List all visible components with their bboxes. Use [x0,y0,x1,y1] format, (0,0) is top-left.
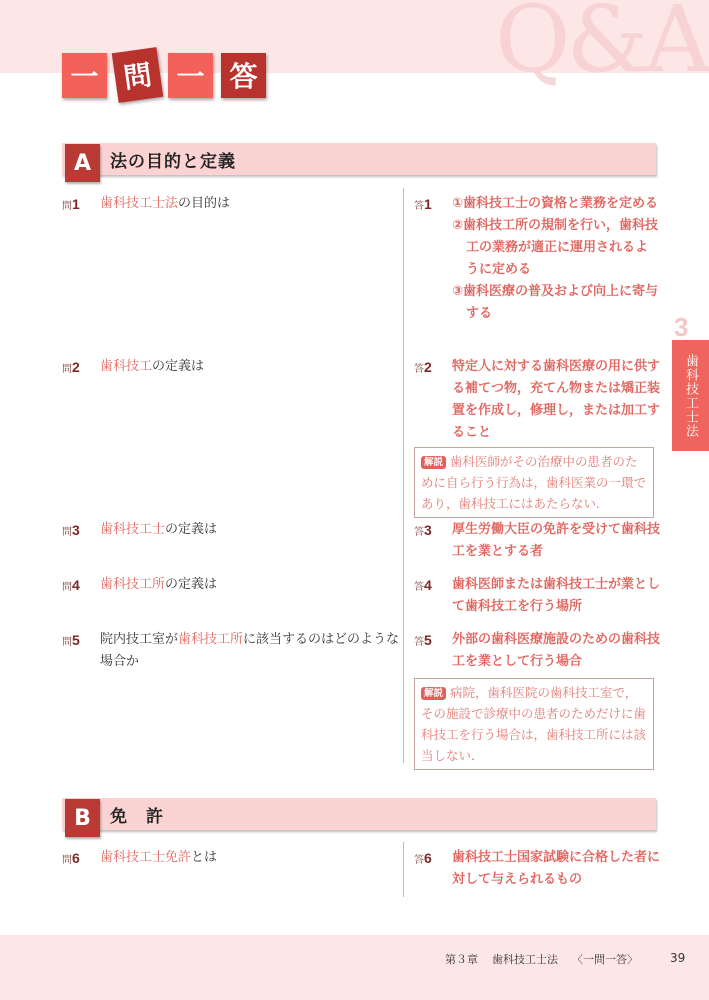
section-header-a: A 法の目的と定義 [62,143,656,175]
answer-item: 答5 外部の歯科医療施設のための歯科技工を業として行う場合 [414,629,660,673]
section-letter: B [65,799,100,837]
column-divider [403,842,404,897]
chapter-tab: 歯科技工士法 [672,340,709,451]
section-title: 免 許 [110,802,164,827]
title-box: 一 [62,53,107,98]
question-item: 問4 歯科技工所の定義は [62,574,402,599]
section-header-b: B 免 許 [62,798,656,830]
section-title: 法の目的と定義 [110,147,236,172]
footer-sub: 〈一問一答〉 [572,951,638,967]
section-letter: A [65,144,100,182]
question-item: 問1 歯科技工士法の目的は [62,193,402,218]
question-item: 問2 歯科技工の定義は [62,356,402,381]
title-box: 答 [221,53,266,98]
page-footer: 第３章 歯科技工士法 〈一問一答〉 39 [445,951,685,967]
footer-chapter: 第３章 [445,951,478,967]
explanation-note: 解説 病院，歯科医院の歯科技工室で，その施設で診療中の患者のためだけに歯科技工を… [414,678,654,770]
answer-item: 答1 ①歯科技工士の資格と業務を定める ②歯科技工所の規制を行い，歯科技工の業務… [414,193,660,325]
question-item: 問6 歯科技工士免許とは [62,847,402,872]
question-item: 問3 歯科技工士の定義は [62,519,402,544]
note-badge: 解説 [421,456,446,469]
answer-item: 答2 特定人に対する歯科医療の用に供する補てつ物，充てん物または矯正装置を作成し… [414,356,660,444]
footer-band [0,935,709,1000]
page-number: 39 [670,951,685,967]
answer-item: 答4 歯科医師または歯科技工士が業として歯科技工を行う場所 [414,574,660,618]
title-box: 問 [112,47,164,103]
footer-title: 歯科技工士法 [492,951,558,967]
note-badge: 解説 [421,687,446,700]
page-title: 一 問 一 答 [62,50,266,100]
explanation-note: 解説 歯科医師がその治療中の患者のために自ら行う行為は，歯科医業の一環であり，歯… [414,447,654,518]
answer-item: 答3 厚生労働大臣の免許を受けて歯科技工を業とする者 [414,519,660,563]
qa-watermark: Q&A [495,0,707,86]
chapter-number: 3 [674,312,688,343]
question-item: 問5 院内技工室が歯科技工所に該当するのはどのような場合か [62,629,402,673]
answer-item: 答6 歯科技工士国家試験に合格した者に対して与えられるもの [414,847,660,891]
column-divider [403,188,404,763]
title-box: 一 [168,53,213,98]
